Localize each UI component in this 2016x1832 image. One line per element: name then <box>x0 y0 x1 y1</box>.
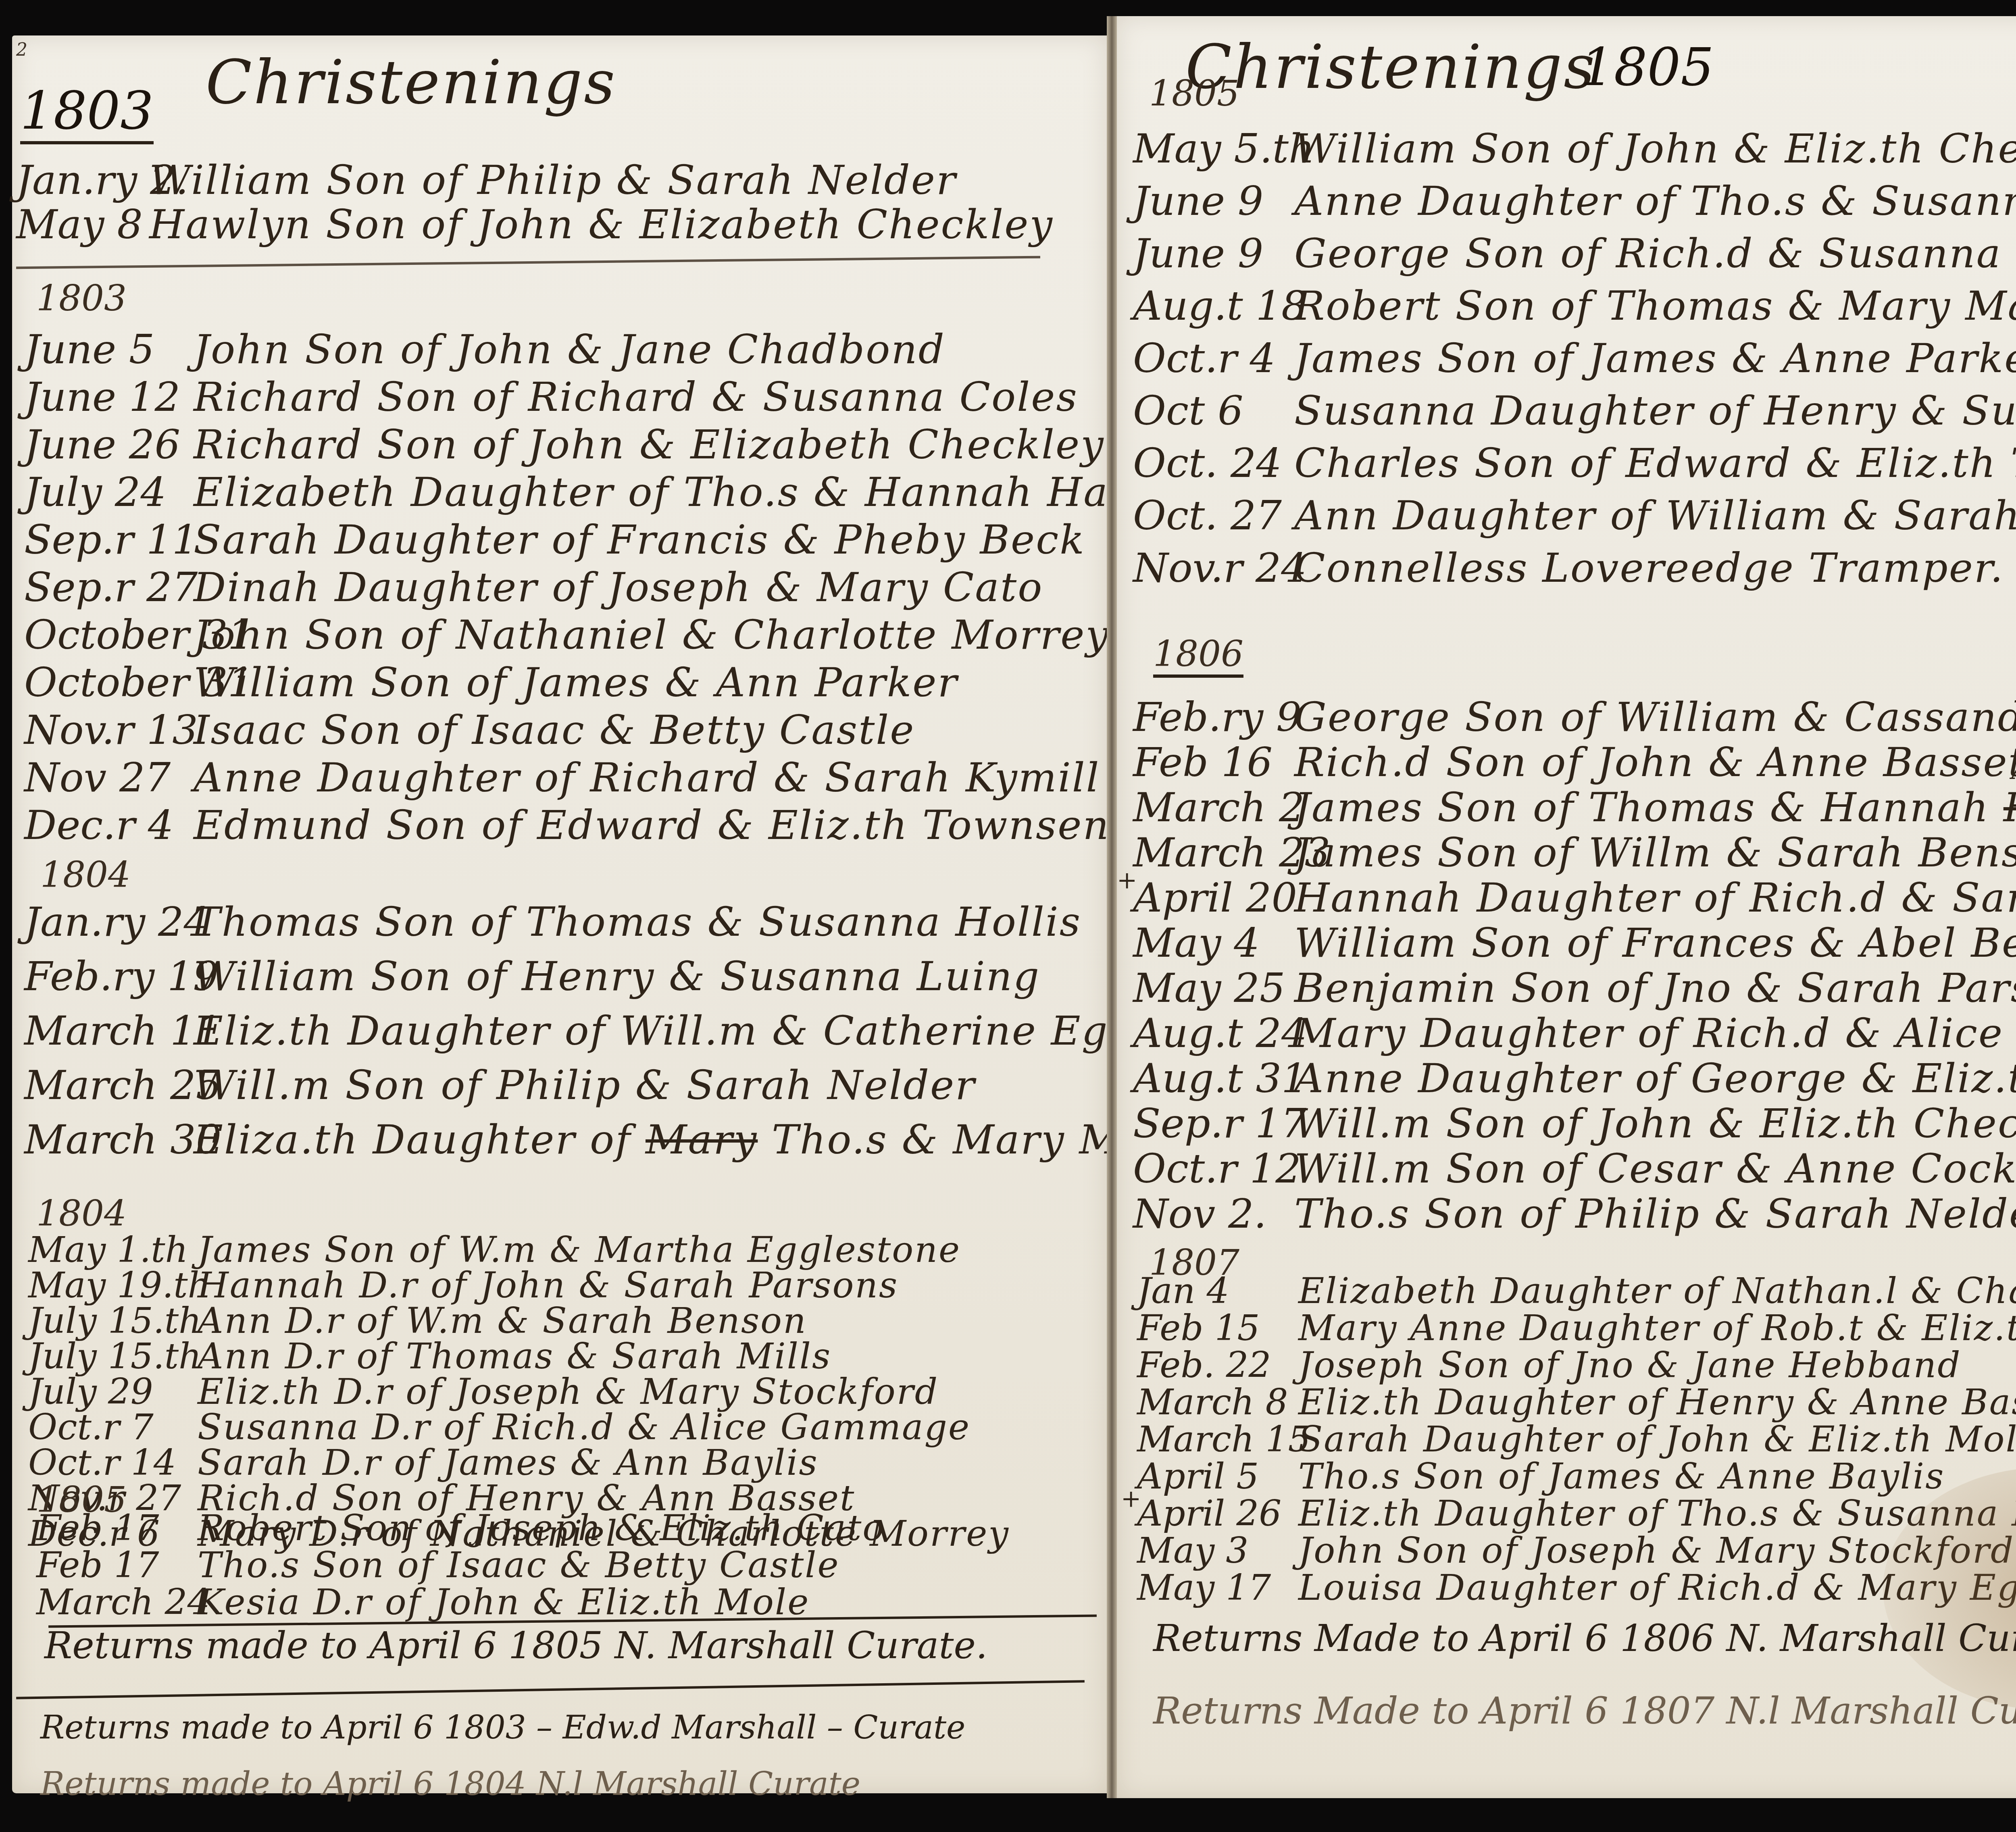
entry-text: Dinah Daughter of Joseph & Mary Cato <box>194 564 1043 611</box>
register-entry: October 31John Son of Nathaniel & Charlo… <box>24 611 1131 658</box>
entry-date: Aug.t 31 <box>1133 1055 1294 1102</box>
entry-date: March 24 <box>36 1581 198 1623</box>
entry-date: Oct. 27 <box>1133 492 1294 539</box>
entry-date: Jan 4 <box>1137 1270 1298 1312</box>
entry-text: James Son of Willm & Sarah Benson <box>1294 829 2016 876</box>
entry-date: May 4 <box>1133 919 1294 966</box>
register-entry: March 30Eliza.th Daughter of Mary Tho.s … <box>24 1116 1291 1163</box>
year-label: 1805 <box>1149 73 1239 114</box>
entry-date: March 2 <box>1133 784 1294 831</box>
entry-text: Susanna Daughter of Henry & Susanna Luin… <box>1294 387 2016 434</box>
register-entry: Feb. 22Joseph Son of Jno & Jane Hebband <box>1137 1344 1962 1386</box>
entry-date: Aug.t 18 <box>1133 282 1294 329</box>
section-divider <box>16 256 1040 269</box>
register-entry: Jan.ry 2. William Son of Philip & Sarah … <box>16 156 957 204</box>
folio-number: 2 <box>16 40 27 60</box>
entry-text: William Son of John & Eliz.th Checkley <box>1294 125 2016 172</box>
entry-date: Feb 17 <box>36 1507 198 1549</box>
register-entry: Nov.r 24Connelless Lovereedge Tramper. <box>1133 544 2004 591</box>
register-entry: March 24Kesia D.r of John & Eliz.th Mole <box>36 1581 810 1623</box>
register-entry: Feb 17Robert Son of Joseph & Eliz.th Cat… <box>36 1507 885 1549</box>
register-entry: Nov 27Anne Daughter of Richard & Sarah K… <box>24 754 1100 801</box>
entry-date: October 31 <box>24 659 194 706</box>
register-entry: Oct.r 4James Son of James & Anne Parker <box>1133 335 2016 382</box>
entry-text: Tho.s Son of Philip & Sarah Nelder <box>1294 1190 2016 1237</box>
register-entry: Feb.ry 19William Son of Henry & Susanna … <box>24 953 1040 1000</box>
entry-date: Sep.r 17 <box>1133 1100 1294 1147</box>
left-page: 2 1803 Christenings Jan.ry 2. William So… <box>12 35 1107 1793</box>
register-entry: Feb 15Mary Anne Daughter of Rob.t & Eliz… <box>1137 1307 2016 1349</box>
entry-text: Anne Daughter of George & Eliz.th Carter <box>1294 1055 2016 1102</box>
entry-text: Mary Daughter of Rich.d & Alice Gamage <box>1294 1010 2016 1057</box>
entry-text: Tho.s Son of James & Anne Baylis <box>1298 1455 1945 1497</box>
entry-date: May 8 <box>16 201 149 248</box>
register-entry: July 24Elizabeth Daughter of Tho.s & Han… <box>24 468 1245 516</box>
entry-text: Connelless Lovereedge Tramper. <box>1294 544 2004 591</box>
entry-date: June 26 <box>24 421 194 468</box>
header-year: 1805 <box>1581 36 1714 98</box>
entry-text: Mary Anne Daughter of Rob.t & Eliz.th Ca… <box>1298 1307 2016 1349</box>
entry-date: March 8 <box>1137 1381 1298 1423</box>
returns-note: Returns made to April 6 1803 – Edw.d Mar… <box>40 1709 965 1746</box>
entry-date: Jan.ry 2. <box>16 156 149 204</box>
entry-text: Richard Son of Richard & Susanna Coles <box>194 373 1078 421</box>
entry-date: April 26 <box>1137 1493 1298 1534</box>
year-label: 1803 <box>36 277 127 319</box>
entry-text: Will.m Son of Cesar & Anne Cockshead <box>1294 1145 2016 1192</box>
entry-text: James Son of Thomas & Hannah AnstyHandby <box>1294 784 2016 831</box>
entry-text: George Son of Rich.d & Susanna Coles <box>1294 230 2016 277</box>
cross-mark-icon: + <box>1121 1484 1141 1513</box>
entry-date: June 9 <box>1133 230 1294 277</box>
entry-text: Charles Son of Edward & Eliz.th Townsend <box>1294 439 2016 487</box>
entry-date: May 3 <box>1137 1530 1298 1571</box>
register-entry: June 5John Son of John & Jane Chadbond <box>24 326 946 373</box>
register-entry: Aug.t 24Mary Daughter of Rich.d & Alice … <box>1133 1010 2016 1057</box>
entry-date: March 25 <box>24 1062 194 1109</box>
entry-date: Sep.r 11 <box>24 516 194 563</box>
entry-date: Jan.ry 24 <box>24 898 194 945</box>
entry-text: Will.m Son of John & Eliz.th Checkley <box>1294 1100 2016 1147</box>
register-entry: March 23James Son of Willm & Sarah Benso… <box>1133 829 2016 876</box>
entry-text-part: Eliza.th Daughter of <box>194 1116 646 1163</box>
entry-text: William Son of Frances & Abel Beech <box>1294 919 2016 966</box>
register-entry: March 2James Son of Thomas & Hannah Anst… <box>1133 784 2016 831</box>
register-entry: March 25Will.m Son of Philip & Sarah Nel… <box>24 1062 976 1109</box>
entry-date: Oct 6 <box>1133 387 1294 434</box>
page-title: Christenings <box>1185 32 1596 102</box>
header-year: 1803 <box>20 80 154 144</box>
entry-text-part: James Son of Thomas & Hannah <box>1294 784 2004 831</box>
entry-date: Oct.r 12 <box>1133 1145 1294 1192</box>
entry-text: James Son of James & Anne Parker <box>1294 335 2016 382</box>
register-entry: Sep.r 17Will.m Son of John & Eliz.th Che… <box>1133 1100 2016 1147</box>
entry-date: Aug.t 24 <box>1133 1010 1294 1057</box>
entry-text: William Son of Philip & Sarah Nelder <box>149 156 957 204</box>
entry-date: Oct. 24 <box>1133 439 1294 487</box>
inserted-correction: Ansty <box>2012 756 2016 785</box>
entry-date: Feb 16 <box>1133 739 1294 786</box>
register-entry: June 12Richard Son of Richard & Susanna … <box>24 373 1078 421</box>
register-entry: +April 20Hannah Daughter of Rich.d & Sar… <box>1133 874 2016 921</box>
register-entry: May 5.thWilliam Son of John & Eliz.th Ch… <box>1133 125 2016 172</box>
returns-note: Returns Made to April 6 1806 N. Marshall… <box>1153 1617 2016 1660</box>
year-label: 1804 <box>36 1193 127 1234</box>
entry-date: Feb.ry 19 <box>24 953 194 1000</box>
entry-date: March 30 <box>24 1116 194 1163</box>
year-label: 1804 <box>40 854 131 895</box>
register-entry: May 25Benjamin Son of Jno & Sarah Parson… <box>1133 964 2016 1012</box>
entry-date: Feb.ry 9 <box>1133 693 1294 741</box>
entry-date: March 11 <box>24 1007 194 1054</box>
register-entry: Oct 6Susanna Daughter of Henry & Susanna… <box>1133 387 2016 434</box>
entry-text: Elizabeth Daughter of Tho.s & Hannah Han… <box>194 468 1245 516</box>
entry-text: Rich.d Son of John & Anne Basset <box>1294 739 2016 786</box>
register-entry: March 8Eliz.th Daughter of Henry & Anne … <box>1137 1381 2016 1423</box>
register-entry: Oct. 27Ann Daughter of William & Sarah S… <box>1133 492 2016 539</box>
entry-text: Robert Son of Thomas & Mary Matthews <box>1294 282 2016 329</box>
year-label: 1806 <box>1153 633 1243 678</box>
register-entry: Feb 16Rich.d Son of John & Anne Basset <box>1133 739 2016 786</box>
entry-text: Sarah Daughter of John & Eliz.th Mole <box>1298 1418 2016 1460</box>
entry-date: April 20 <box>1133 874 1294 921</box>
entry-text: Will.m Son of Philip & Sarah Nelder <box>194 1062 976 1109</box>
register-entry: June 9Anne Daughter of Tho.s & Susanna H… <box>1133 177 2016 225</box>
entry-date: June 9 <box>1133 177 1294 225</box>
section-divider <box>16 1680 1085 1699</box>
entry-date: October 31 <box>24 611 194 658</box>
entry-text: Robert Son of Joseph & Eliz.th Cato <box>198 1507 885 1549</box>
entry-text: Benjamin Son of Jno & Sarah Parsons <box>1294 964 2016 1012</box>
register-entry: May 3John Son of Joseph & Mary Stockford <box>1137 1530 2014 1571</box>
register-entry: Feb.ry 9George Son of William & Cassandr… <box>1133 693 2016 741</box>
entry-text: Thomas Son of Thomas & Susanna Hollis <box>194 898 1081 945</box>
entry-date: Feb 17 <box>36 1544 198 1586</box>
entry-date: May 5.th <box>1133 125 1294 172</box>
entry-date: July 24 <box>24 468 194 516</box>
register-entry: Sep.r 11Sarah Daughter of Francis & Pheb… <box>24 516 1085 563</box>
register-entry: April 5Tho.s Son of James & Anne Baylis <box>1137 1455 1945 1497</box>
entry-text: Sarah Daughter of Francis & Pheby Beck <box>194 516 1085 563</box>
register-entry: Jan.ry 24Thomas Son of Thomas & Susanna … <box>24 898 1081 945</box>
entry-text: Hannah Daughter of Rich.d & Sarah Kyllas… <box>1294 874 2016 921</box>
register-entry: Oct.r 12Will.m Son of Cesar & Anne Cocks… <box>1133 1145 2016 1192</box>
entry-text: Hawlyn Son of John & Elizabeth Checkley <box>149 201 1054 248</box>
register-entry: May 8 Hawlyn Son of John & Elizabeth Che… <box>16 201 1054 248</box>
returns-note: Returns made to April 6 1804 N.l Marshal… <box>40 1765 860 1803</box>
register-entry: Jan 4Elizabeth Daughter of Nathan.l & Ch… <box>1137 1270 2016 1312</box>
entry-date: May 25 <box>1133 964 1294 1012</box>
register-entry: Aug.t 31Anne Daughter of George & Eliz.t… <box>1133 1055 2016 1102</box>
entry-text: Isaac Son of Isaac & Betty Castle <box>194 706 915 754</box>
right-page: 2, 3 Christenings 1805 1805 May 5.thWill… <box>1117 16 2016 1798</box>
open-register-book: 2 1803 Christenings Jan.ry 2. William So… <box>0 0 2016 1832</box>
register-entry: Aug.t 18Robert Son of Thomas & Mary Matt… <box>1133 282 2016 329</box>
returns-note: Returns Made to April 6 1807 N.l Marshal… <box>1153 1689 2016 1732</box>
entry-date: Nov 2. <box>1133 1190 1294 1237</box>
cross-mark-icon: + <box>1117 866 1137 894</box>
entry-text: Eliz.th Daughter of Henry & Anne Bassett <box>1298 1381 2016 1423</box>
entry-date: Nov.r 24 <box>1133 544 1294 591</box>
entry-text: Richard Son of John & Elizabeth Checkley <box>194 421 1105 468</box>
entry-text: Ann Daughter of William & Sarah Smith <box>1294 492 2016 539</box>
book-gutter <box>1107 16 1117 1798</box>
entry-date: April 5 <box>1137 1455 1298 1497</box>
entry-date: June 12 <box>24 373 194 421</box>
entry-text: William Son of James & Ann Parker <box>194 659 958 706</box>
entry-text: Edmund Son of Edward & Eliz.th Townsend <box>194 801 1137 849</box>
register-entry: Dec.r 4Edmund Son of Edward & Eliz.th To… <box>24 801 1137 849</box>
returns-note: Returns made to April 6 1805 N. Marshall… <box>44 1624 987 1667</box>
entry-date: Oct.r 4 <box>1133 335 1294 382</box>
entry-date: Nov 27 <box>24 754 194 801</box>
register-entry: June 9George Son of Rich.d & Susanna Col… <box>1133 230 2016 277</box>
register-entry: Oct. 24Charles Son of Edward & Eliz.th T… <box>1133 439 2016 487</box>
entry-date: March 23 <box>1133 829 1294 876</box>
entry-date: Dec.r 4 <box>24 801 194 849</box>
register-entry: +April 26Eliz.th Daughter of Tho.s & Sus… <box>1137 1493 2016 1534</box>
entry-text: Tho.s Son of Isaac & Betty Castle <box>198 1544 839 1586</box>
entry-text: Elizabeth Daughter of Nathan.l & Charlot… <box>1298 1270 2016 1312</box>
entry-text: William Son of Henry & Susanna Luing <box>194 953 1040 1000</box>
entry-text: Anne Daughter of Richard & Sarah Kymill <box>194 754 1100 801</box>
register-entry: May 4William Son of Frances & Abel Beech <box>1133 919 2016 966</box>
register-entry: March 15Sarah Daughter of John & Eliz.th… <box>1137 1418 2016 1460</box>
register-entry: June 26Richard Son of John & Elizabeth C… <box>24 421 1105 468</box>
entry-date: March 15 <box>1137 1418 1298 1460</box>
entry-date: Feb 15 <box>1137 1307 1298 1349</box>
entry-text: John Son of Nathaniel & Charlotte Morrey… <box>194 611 1131 658</box>
entry-date: Feb. 22 <box>1137 1344 1298 1386</box>
entry-date: Sep.r 27 <box>24 564 194 611</box>
register-entry: Sep.r 27Dinah Daughter of Joseph & Mary … <box>24 564 1043 611</box>
entry-date: May 17 <box>1137 1567 1298 1608</box>
entry-text: Joseph Son of Jno & Jane Hebband <box>1298 1344 1962 1386</box>
register-entry: Feb 17Tho.s Son of Isaac & Betty Castle <box>36 1544 839 1586</box>
register-entry: March 11Eliz.th Daughter of Will.m & Cat… <box>24 1007 1292 1054</box>
entry-text: George Son of William & Cassandra Baker <box>1294 693 2016 741</box>
entry-text: Kesia D.r of John & Eliz.th Mole <box>198 1581 810 1623</box>
register-entry: Nov.r 13Isaac Son of Isaac & Betty Castl… <box>24 706 915 754</box>
page-title: Christenings <box>206 48 616 118</box>
entry-text: Anne Daughter of Tho.s & Susanna Hollis <box>1294 177 2016 225</box>
struck-out-text: Handby <box>2004 784 2016 831</box>
register-entry: Nov 2.Tho.s Son of Philip & Sarah Nelder <box>1133 1190 2016 1237</box>
register-entry: October 31William Son of James & Ann Par… <box>24 659 958 706</box>
entry-date: Nov.r 13 <box>24 706 194 754</box>
entry-date: June 5 <box>24 326 194 373</box>
entry-text: John Son of John & Jane Chadbond <box>194 326 946 373</box>
struck-out-text: Mary <box>646 1116 758 1163</box>
